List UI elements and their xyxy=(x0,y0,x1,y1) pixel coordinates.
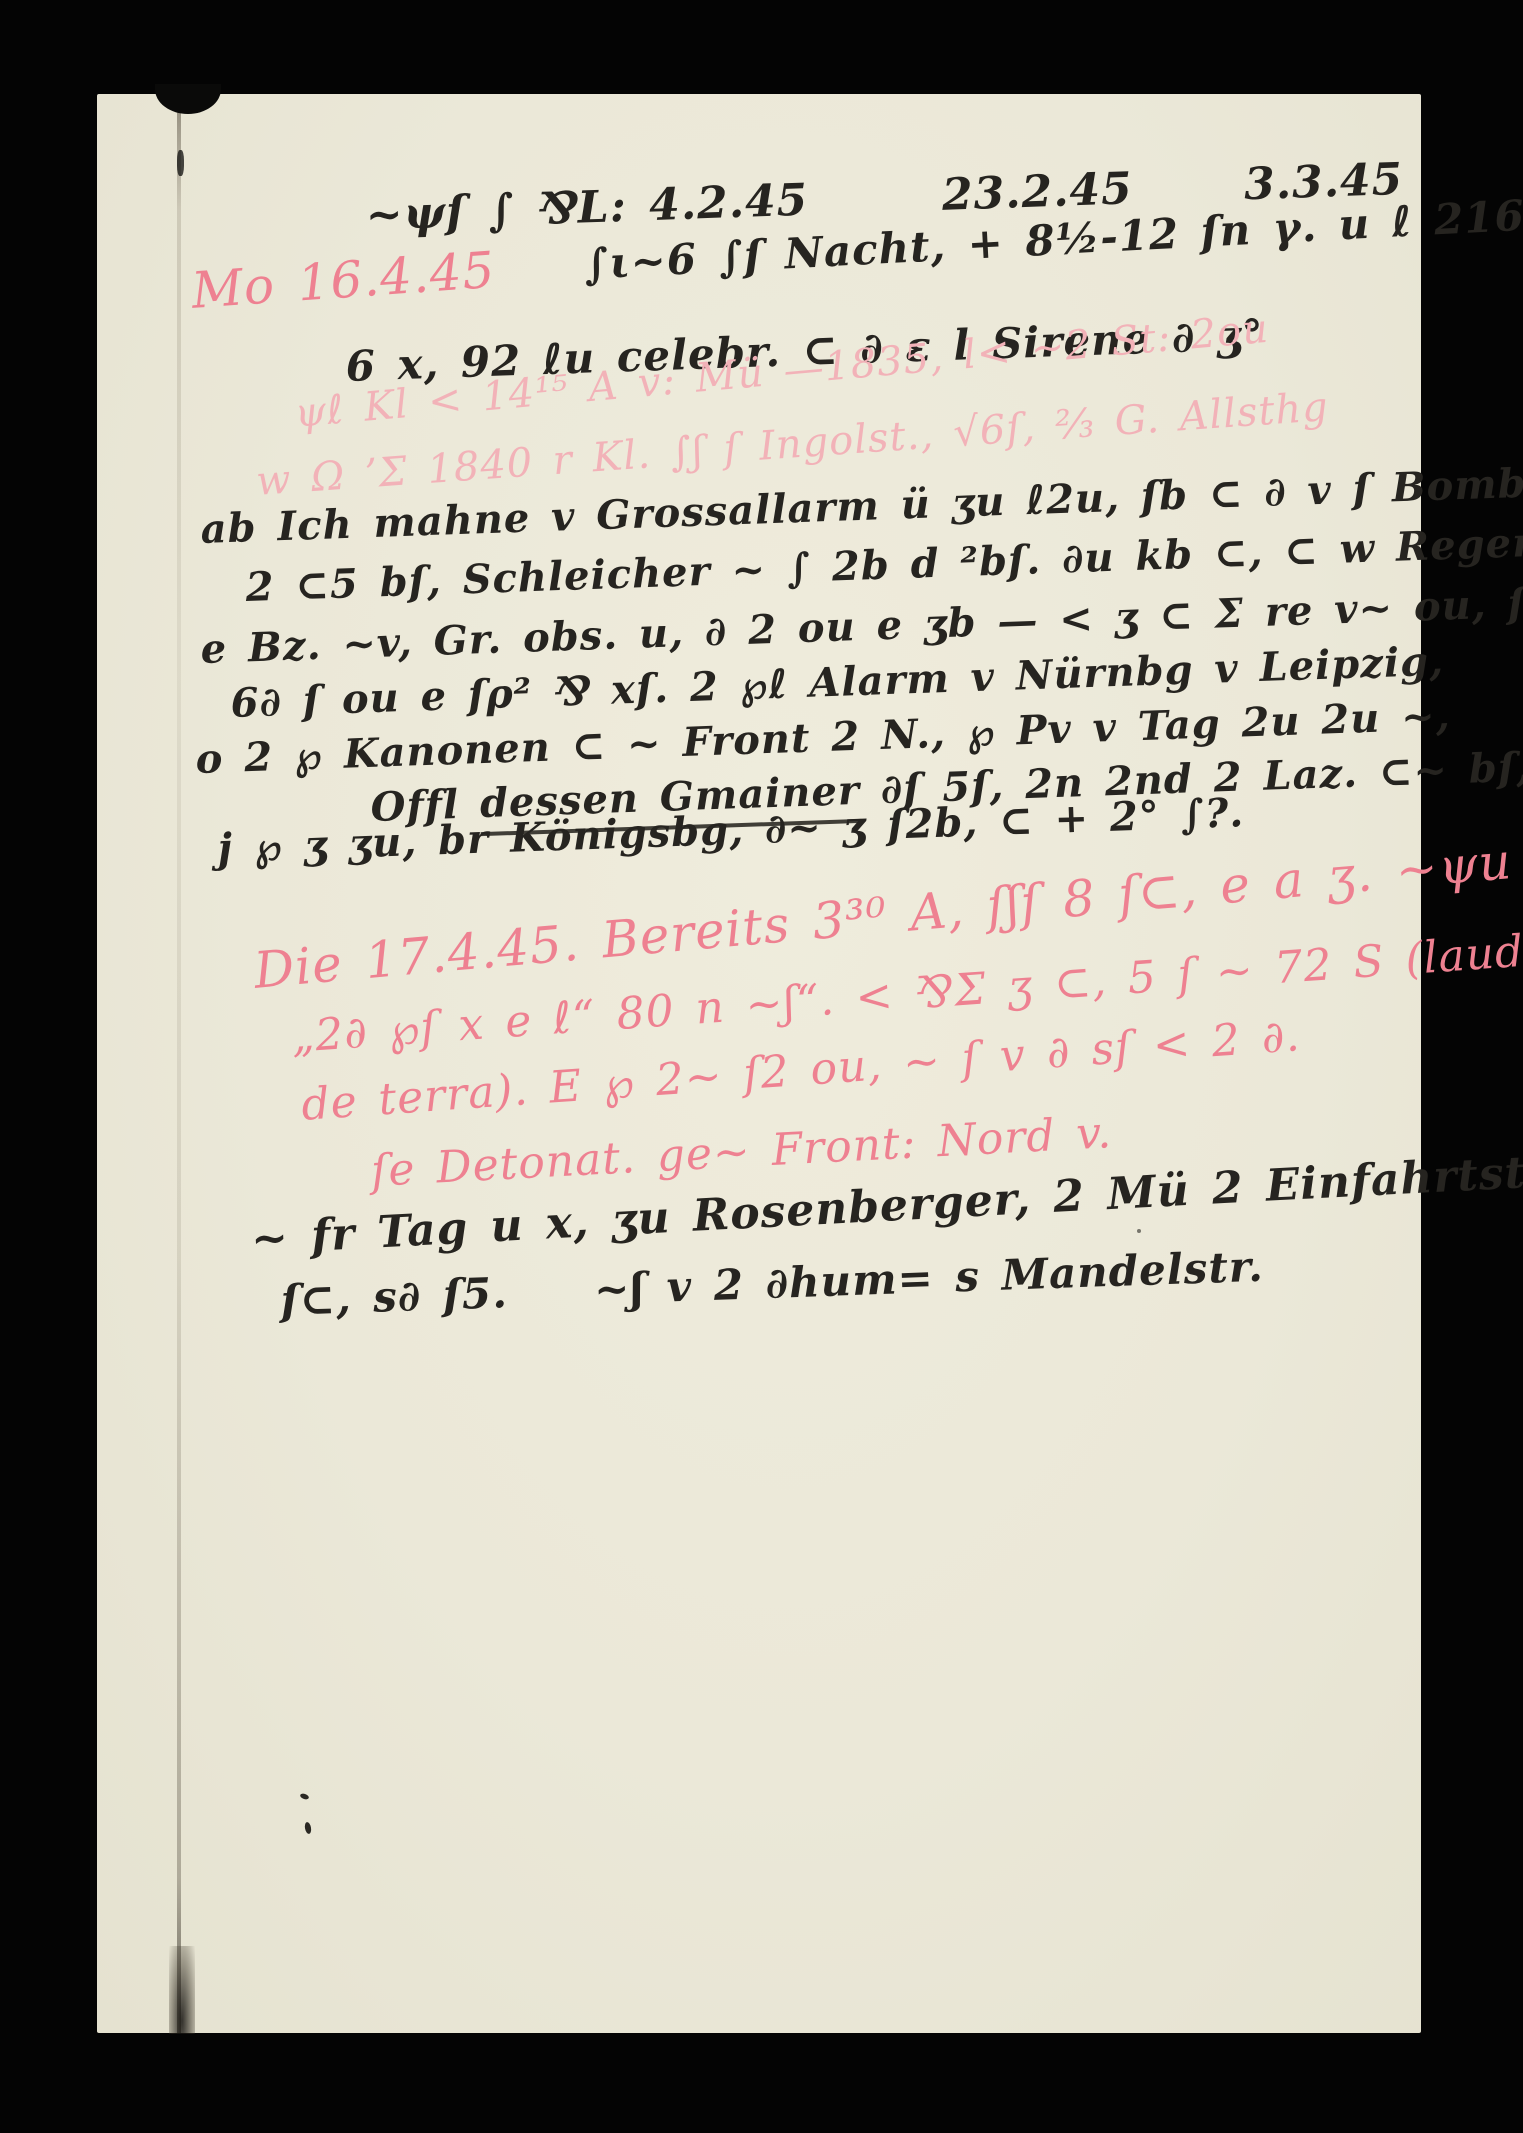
entry-date-mo-16-4-45: Mo 16.4.45 xyxy=(190,245,497,316)
scan-background: ~ψſ ∫ ⅋L: 4.2.45 23.2.45 3.3.45 Mo 16.4.… xyxy=(0,0,1523,2133)
fold-mark-top xyxy=(155,84,221,114)
fold-smudge-bottom xyxy=(169,1946,195,2034)
ink-speck xyxy=(299,1793,309,1801)
fold-mark-upper xyxy=(177,150,184,176)
page-fold-crease xyxy=(177,94,181,2033)
handwriting-line-mandelstr: ſ⊂, s∂ ſ5. ~ʃ v 2 ∂hum= s Mandelstr. xyxy=(280,1246,1264,1322)
diary-page: ~ψſ ∫ ⅋L: 4.2.45 23.2.45 3.3.45 Mo 16.4.… xyxy=(97,94,1421,2033)
ink-speck xyxy=(304,1822,312,1835)
ink-speck xyxy=(1137,1229,1141,1233)
